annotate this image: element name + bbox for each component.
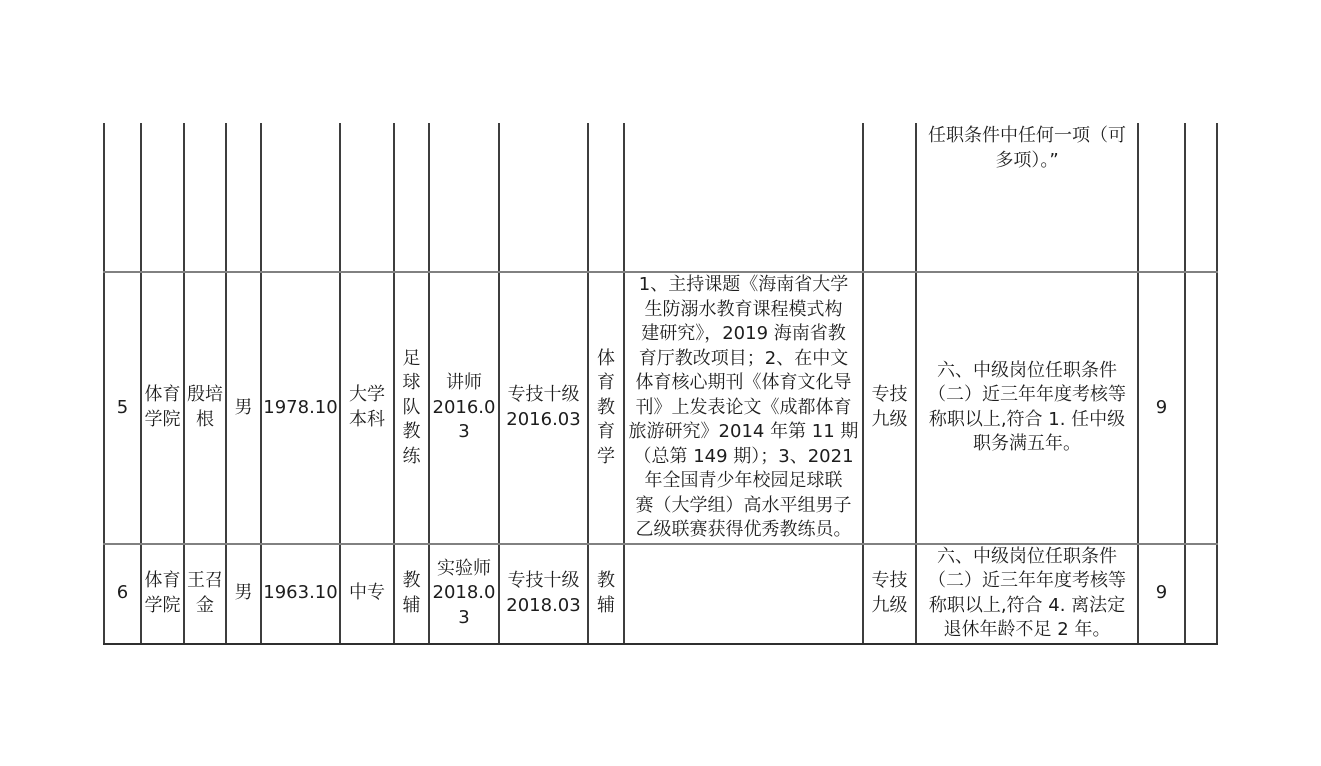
subject-cell: 体育教育学 xyxy=(588,272,624,544)
position-cell xyxy=(394,123,429,272)
condition-cell: 任职条件中任何一项（可 多项）。” xyxy=(916,123,1138,272)
achievements-cell: 1、主持课题《海南省大学 生防溺水教育课程模式构 建研究》，2019 海南省教 … xyxy=(624,272,863,544)
gender-cell: 男 xyxy=(226,272,261,544)
birth-date-cell: 1963.10 xyxy=(261,544,340,644)
remark-cell xyxy=(1185,544,1217,644)
college-cell: 体育学院 xyxy=(141,272,184,544)
subject-cell xyxy=(588,123,624,272)
name-cell xyxy=(184,123,226,272)
title-date-cell xyxy=(429,123,499,272)
achievements-cell xyxy=(624,544,863,644)
row-number-cell xyxy=(104,123,141,272)
grade-date-cell: 专技十级 2016.03 xyxy=(499,272,588,544)
college-cell xyxy=(141,123,184,272)
condition-cell: 六、中级岗位任职条件 （二）近三年年度考核等 称职以上,符合 1. 任中级 职务… xyxy=(916,272,1138,544)
birth-date-cell xyxy=(261,123,340,272)
name-cell: 殷培根 xyxy=(184,272,226,544)
proposed-grade-cell: 专技九级 xyxy=(863,272,916,544)
personnel-table: 任职条件中任何一项（可 多项）。” 5 体育学院 殷培根 男 1978.10 大… xyxy=(103,123,1218,645)
count-cell: 9 xyxy=(1138,544,1185,644)
document-page: { "table": { "rows": [ { "seq": "", "col… xyxy=(0,0,1321,766)
education-cell xyxy=(340,123,394,272)
college-cell: 体育学院 xyxy=(141,544,184,644)
table-row: 5 体育学院 殷培根 男 1978.10 大学本科 足球队教练 讲师 2016.… xyxy=(104,272,1217,544)
proposed-grade-cell: 专技九级 xyxy=(863,544,916,644)
title-date-cell: 实验师 2018.03 xyxy=(429,544,499,644)
position-cell: 教辅 xyxy=(394,544,429,644)
name-cell: 王召金 xyxy=(184,544,226,644)
gender-cell: 男 xyxy=(226,544,261,644)
gender-cell xyxy=(226,123,261,272)
subject-cell: 教辅 xyxy=(588,544,624,644)
grade-date-cell xyxy=(499,123,588,272)
title-date-cell: 讲师 2016.03 xyxy=(429,272,499,544)
remark-cell xyxy=(1185,272,1217,544)
row-number-cell: 6 xyxy=(104,544,141,644)
table-row: 任职条件中任何一项（可 多项）。” xyxy=(104,123,1217,272)
grade-date-cell: 专技十级 2018.03 xyxy=(499,544,588,644)
count-cell xyxy=(1138,123,1185,272)
proposed-grade-cell xyxy=(863,123,916,272)
education-cell: 中专 xyxy=(340,544,394,644)
table-row: 6 体育学院 王召金 男 1963.10 中专 教辅 实验师 2018.03 专… xyxy=(104,544,1217,644)
count-cell: 9 xyxy=(1138,272,1185,544)
achievements-cell xyxy=(624,123,863,272)
education-cell: 大学本科 xyxy=(340,272,394,544)
position-cell: 足球队教练 xyxy=(394,272,429,544)
birth-date-cell: 1978.10 xyxy=(261,272,340,544)
personnel-table-container: 任职条件中任何一项（可 多项）。” 5 体育学院 殷培根 男 1978.10 大… xyxy=(103,123,1218,645)
remark-cell xyxy=(1185,123,1217,272)
condition-cell: 六、中级岗位任职条件 （二）近三年年度考核等 称职以上,符合 4. 离法定 退休… xyxy=(916,544,1138,644)
row-number-cell: 5 xyxy=(104,272,141,544)
